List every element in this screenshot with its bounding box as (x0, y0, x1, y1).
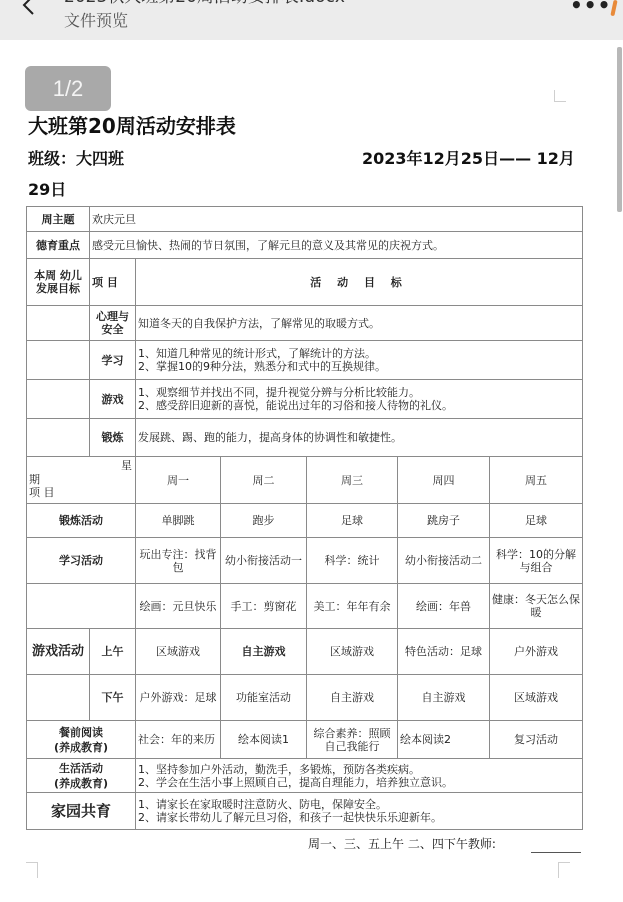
vertical-scrollbar[interactable] (617, 47, 622, 212)
learning-row: 学习活动 玩出专注：找背包 幼小衔接活动一 科学：统计 幼小衔接活动二 科学：1… (27, 538, 583, 584)
goal-item: 锻炼 (90, 419, 136, 457)
learning-cell: 绘画：年兽 (398, 584, 490, 629)
reading-row: 餐前阅读 (养成教育) 社会：年的来历 绘本阅读1 综合素养：照顾自己我能行 绘… (27, 721, 583, 759)
reading-cell: 综合素养：照顾自己我能行 (307, 721, 398, 759)
games-am-row: 游戏活动 上午 区域游戏 自主游戏 区域游戏 特色活动：足球 户外游戏 (27, 629, 583, 675)
back-arrow-icon[interactable] (18, 0, 40, 16)
games-label: 游戏活动 (27, 629, 90, 675)
reading-cell: 绘本阅读1 (221, 721, 307, 759)
day-header: 周四 (398, 457, 490, 504)
page-margin-mark (558, 862, 570, 878)
learning-cell: 科学：10的分解与组合 (490, 538, 583, 584)
home-label: 家园共育 (27, 793, 136, 830)
games-cell: 自主游戏 (221, 629, 307, 675)
file-name: 2023秋大班第20周活动安排表.docx (64, 0, 345, 6)
exercise-cell: 足球 (307, 504, 398, 538)
life-row: 生活活动 (养成教育) 1、坚持参加户外活动，勤洗手，多锻炼，预防各类疾病。 2… (27, 759, 583, 793)
day-header: 周一 (136, 457, 221, 504)
day-header: 周二 (221, 457, 307, 504)
games-cell: 特色活动：足球 (398, 629, 490, 675)
page-indicator: 1/2 (25, 66, 111, 111)
day-header: 周五 (490, 457, 583, 504)
goal-text: 1、知道几种常见的统计形式，了解统计的方法。 (138, 347, 580, 360)
theme-label: 周主题 (27, 207, 90, 232)
games-cell: 自主游戏 (398, 675, 490, 721)
games-pm-row: 下午 户外游戏：足球 功能室活动 自主游戏 自主游戏 区域游戏 (27, 675, 583, 721)
more-options-icon[interactable]: ••• (570, 0, 611, 10)
date-range-end: 29日 (28, 179, 66, 201)
goals-header-row: 本周 幼儿 发展目标 项 目 活 动 目 标 (27, 259, 583, 306)
document-title: 大班第20周活动安排表 (28, 112, 236, 140)
learning-cell: 科学：统计 (307, 538, 398, 584)
moral-label: 德育重点 (27, 232, 90, 259)
learning-cell: 健康：冬天怎么保暖 (490, 584, 583, 629)
games-cell: 区域游戏 (490, 675, 583, 721)
exercise-label: 锻炼活动 (27, 504, 136, 538)
learning-cell: 美工：年年有余 (307, 584, 398, 629)
learning-label: 学习活动 (27, 538, 136, 584)
learning-cell: 手工：剪窗花 (221, 584, 307, 629)
learning-cell: 绘画：元旦快乐 (136, 584, 221, 629)
reading-cell: 绘本阅读2 (398, 721, 490, 759)
games-cell: 区域游戏 (136, 629, 221, 675)
home-text: 1、请家长在家取暖时注意防火、防电，保障安全。 (138, 798, 580, 811)
learning-row-2: 绘画：元旦快乐 手工：剪窗花 美工：年年有余 绘画：年兽 健康：冬天怎么保暖 (27, 584, 583, 629)
exercise-row: 锻炼活动 单脚跳 跑步 足球 跳房子 足球 (27, 504, 583, 538)
theme-row: 周主题 欢庆元旦 (27, 207, 583, 232)
home-text: 2、请家长带幼儿了解元旦习俗，和孩子一起快快乐乐迎新年。 (138, 811, 580, 824)
goal-text: 发展跳、踢、跑的能力，提高身体的协调性和敏捷性。 (138, 431, 580, 444)
games-cell: 自主游戏 (307, 675, 398, 721)
exercise-cell: 跑步 (221, 504, 307, 538)
goal-row: 心理与安全 知道冬天的自我保护方法，了解常见的取暖方式。 (27, 306, 583, 341)
goal-row: 锻炼 发展跳、踢、跑的能力，提高身体的协调性和敏捷性。 (27, 419, 583, 457)
home-row: 家园共育 1、请家长在家取暖时注意防火、防电，保障安全。 2、请家长带幼儿了解元… (27, 793, 583, 830)
goal-text: 2、感受辞旧迎新的喜悦，能说出过年的习俗和接人待物的礼仪。 (138, 399, 580, 412)
day-header: 周三 (307, 457, 398, 504)
goals-section-label: 本周 幼儿 发展目标 (27, 259, 90, 306)
life-text: 2、学会在生活小事上照顾自己，提高自理能力，培养独立意识。 (138, 776, 580, 789)
goal-item: 学习 (90, 341, 136, 380)
games-cell: 功能室活动 (221, 675, 307, 721)
life-text: 1、坚持参加户外活动，勤洗手，多锻炼，预防各类疾病。 (138, 763, 580, 776)
date-range: 2023年12月25日—— 12月 (362, 148, 575, 170)
goals-activity-header: 活 动 目 标 (136, 259, 583, 306)
teacher-note: 周一、三、五上午 二、四下午教师: (308, 836, 496, 852)
corner-header: 星 期 项 目 (27, 457, 136, 504)
reading-cell: 复习活动 (490, 721, 583, 759)
page-margin-mark (26, 862, 38, 878)
reading-cell: 社会：年的来历 (136, 721, 221, 759)
pm-label: 下午 (90, 675, 136, 721)
goal-item: 游戏 (90, 380, 136, 419)
goal-item: 心理与安全 (90, 306, 136, 341)
games-cell: 户外游戏：足球 (136, 675, 221, 721)
theme-value: 欢庆元旦 (90, 207, 583, 232)
goal-row: 学习 1、知道几种常见的统计形式，了解统计的方法。 2、掌握10的9种分法，熟悉… (27, 341, 583, 380)
goal-text: 知道冬天的自我保护方法，了解常见的取暖方式。 (138, 317, 580, 330)
moral-row: 德育重点 感受元旦愉快、热闹的节日氛围，了解元旦的意义及其常见的庆祝方式。 (27, 232, 583, 259)
goal-text: 2、掌握10的9种分法，熟悉分和式中的互换规律。 (138, 360, 580, 373)
games-cell: 户外游戏 (490, 629, 583, 675)
schedule-table: 周主题 欢庆元旦 德育重点 感受元旦愉快、热闹的节日氛围，了解元旦的意义及其常见… (26, 206, 583, 830)
exercise-cell: 足球 (490, 504, 583, 538)
reading-label: 餐前阅读 (养成教育) (27, 721, 136, 759)
moral-value: 感受元旦愉快、热闹的节日氛围，了解元旦的意义及其常见的庆祝方式。 (90, 232, 583, 259)
am-label: 上午 (90, 629, 136, 675)
days-header-row: 星 期 项 目 周一 周二 周三 周四 周五 (27, 457, 583, 504)
goals-item-header: 项 目 (90, 259, 136, 306)
exercise-cell: 单脚跳 (136, 504, 221, 538)
app-subtitle: 文件预览 (64, 10, 128, 32)
goal-text: 1、观察细节并找出不同，提升视觉分辨与分析比较能力。 (138, 386, 580, 399)
learning-cell: 幼小衔接活动二 (398, 538, 490, 584)
learning-cell: 玩出专注：找背包 (136, 538, 221, 584)
learning-cell: 幼小衔接活动一 (221, 538, 307, 584)
app-header: 2023秋大班第20周活动安排表.docx 文件预览 ••• (0, 0, 623, 40)
life-label: 生活活动 (养成教育) (27, 759, 136, 793)
class-label: 班级：大四班 (28, 148, 124, 170)
teacher-signature-line (531, 852, 581, 853)
games-cell: 区域游戏 (307, 629, 398, 675)
goal-row: 游戏 1、观察细节并找出不同，提升视觉分辨与分析比较能力。 2、感受辞旧迎新的喜… (27, 380, 583, 419)
exercise-cell: 跳房子 (398, 504, 490, 538)
page-margin-mark (554, 90, 566, 102)
edit-pen-icon[interactable] (610, 0, 617, 16)
